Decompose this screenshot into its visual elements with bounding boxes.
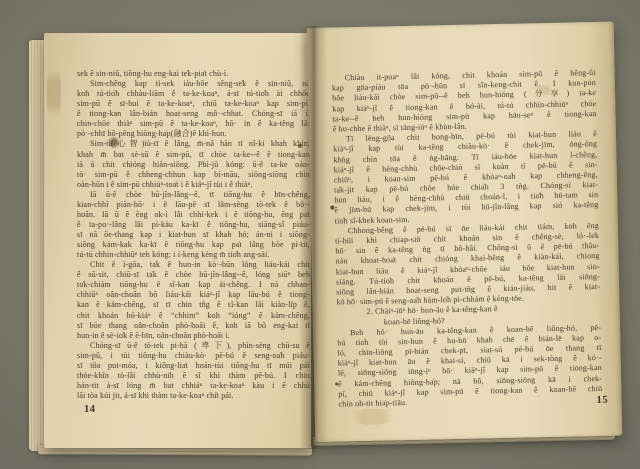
text-line: iā ū chit chióng hiān-siōng. Phì-jū kóng… <box>77 160 310 170</box>
paragraph: Chóng-sī ū-ê tō-tek pi-hā (卑下), phín-sèn… <box>77 341 310 401</box>
page-number-right: 15 <box>596 395 608 406</box>
text-line: chin-chōe thiàⁿ sim-pū ê ta-ke-koaⁿ, hō·… <box>77 119 310 129</box>
page-15-text: Chiàu it-poaⁿ lâi kóng, chit khoán sim-p… <box>332 68 603 410</box>
page-right: Chiàu it-poaⁿ lâi kóng, chit khoán sim-p… <box>307 22 623 442</box>
text-line: tú-tú chhin-chhiūⁿ teh kóng: i í-keng kè… <box>77 250 310 260</box>
text-line: sek ê sin-niû, tiōng-hu eng-kai te̍k-pia… <box>77 69 310 79</box>
text-line: pò·-chhī hô-pêng hiōng-ha̍p(融合)ê khì-hun… <box>77 129 310 139</box>
text-line: Iā ū-ê chòe hū-jîn-lâng--ê, tī tiōng-hu … <box>77 190 310 200</box>
text-line: ê tiong-kan lân-bián hoat-seng mô·-chhat… <box>77 109 310 119</box>
text-line: thòe-khîn tò-lâi chhù-nih ê sî khì thàm … <box>77 371 310 381</box>
text-line: hán-tit á-sī lóng m̄ bat chhiáⁿ ta-ke-ko… <box>77 381 310 391</box>
text-line: Sim-chêng kap tì-sek iáu-bōe sêng-se̍k ê… <box>77 79 310 89</box>
paragraph: Chhong-bêng ê pē-bú sī ōe liáu-kái chit … <box>335 221 601 308</box>
text-line: chhiūⁿ oân-choân bô liáu-kái kiáⁿ-jî kap… <box>77 290 310 300</box>
paragraph: Beh hō· hun-āu ka-têng-kan ê koan-hē liô… <box>337 323 603 410</box>
text-line: sim-pū ê sī-hui ê ta-ke-koaⁿ, chiū ta-ke… <box>77 99 310 109</box>
text-line: khah m̄ bat sè-sū ê sim-pū, tī chòe ta-k… <box>77 150 310 160</box>
text-line: sī tōa put-móa, i kiông-lia̍t hoán-tùi t… <box>77 361 310 371</box>
text-line: koh tú-tio̍h chhàu-liām ê ta-ke-koaⁿ, á-… <box>77 89 310 99</box>
page-left: sek ê sin-niû, tiōng-hu eng-kai te̍k-pia… <box>44 33 311 448</box>
text-line: kan ê kám-chêng, sī tī chin tn̂g ê sî-ka… <box>77 300 310 310</box>
paragraph: Tī lēng-gōa chit hong-bīn, pē-bú tùi kia… <box>333 129 599 226</box>
page-number-left: 14 <box>84 404 96 415</box>
text-line: kian-chhî piān-hō· i ê lāu-pē sī lâm-sèn… <box>77 200 310 210</box>
paragraph: sek ê sin-niû, tiōng-hu eng-kai te̍k-pia… <box>77 69 310 79</box>
text-line: Chit ê ì-gōa, ta̍k ê hun-in kò·-būn lóng… <box>77 260 310 270</box>
text-line: Sim-tì(心智)iù-tī ê lâng, m̄-nā hān tī nî-… <box>77 139 310 149</box>
paragraph: Chiàu it-poaⁿ lâi kóng, chit khoán sim-p… <box>332 68 597 135</box>
text-line: sī nā ōe-thang kap i kiat-hun sī khah hó… <box>77 230 310 240</box>
text-line: to̍k-chiàm tiōng-hu ê sî-kan kap ài-chên… <box>77 280 310 290</box>
paper-stain <box>347 408 399 425</box>
text-line: chit khoán bó-kiáⁿ ê “chhim” koh “ióng” … <box>77 311 310 321</box>
text-line: tò· sim-pū ê chheng-chhun kap bí-māu, si… <box>77 170 310 180</box>
paper-stain <box>47 63 61 123</box>
text-line: hoān. Iā ū ê ēng ok-ì lâi chhì-kek i ê t… <box>77 210 310 220</box>
text-line: ê ta-po·-lâng lâi pí-kàu ka-kī ê tiōng-h… <box>77 220 310 230</box>
paragraph: Iā ū-ê chòe hū-jîn-lâng--ê, tī tiōng-hu … <box>77 190 310 260</box>
text-line: siōng kám-kak ka-kī ê tiōng-hu kap pa̍t … <box>77 240 310 250</box>
text-line: Chóng-sī ū-ê tō-tek pi-hā (卑下), phín-sèn… <box>77 341 310 351</box>
text-line: hun-in ê sè-io̍k ê ē-bīn, oân-choân phò-… <box>77 331 310 341</box>
text-line: sī bōe thang oân-choân phò-hoāi ê, koh i… <box>77 321 310 331</box>
paragraph: Chit ê ì-gōa, ta̍k ê hun-in kò·-būn lóng… <box>77 260 310 341</box>
photo-background: sek ê sin-niû, tiōng-hu eng-kai te̍k-pia… <box>0 0 640 469</box>
open-book: sek ê sin-niû, tiōng-hu eng-kai te̍k-pia… <box>0 0 640 469</box>
paragraph: Sim-tì(心智)iù-tī ê lâng, m̄-nā hān tī nî-… <box>77 139 310 189</box>
page-14-text: sek ê sin-niû, tiōng-hu eng-kai te̍k-pia… <box>77 69 310 401</box>
text-line: oàn-hūn i ê sim-pū chhiúⁿ-toa̍t i ê kiáⁿ… <box>77 180 310 190</box>
text-line: sim-pū, i tùi tiōng-hu chiàu-kò· pē-bú ê… <box>77 351 310 361</box>
text-line: ê sū-sit, chiū-sī ta̍k ê chòe hū-jîn-lân… <box>77 270 310 280</box>
paragraph: Sim-chêng kap tì-sek iáu-bōe sêng-se̍k ê… <box>77 79 310 139</box>
text-line: lāi tòa kúi jit, á-sī khì thàm ta-ke-koa… <box>77 391 310 401</box>
